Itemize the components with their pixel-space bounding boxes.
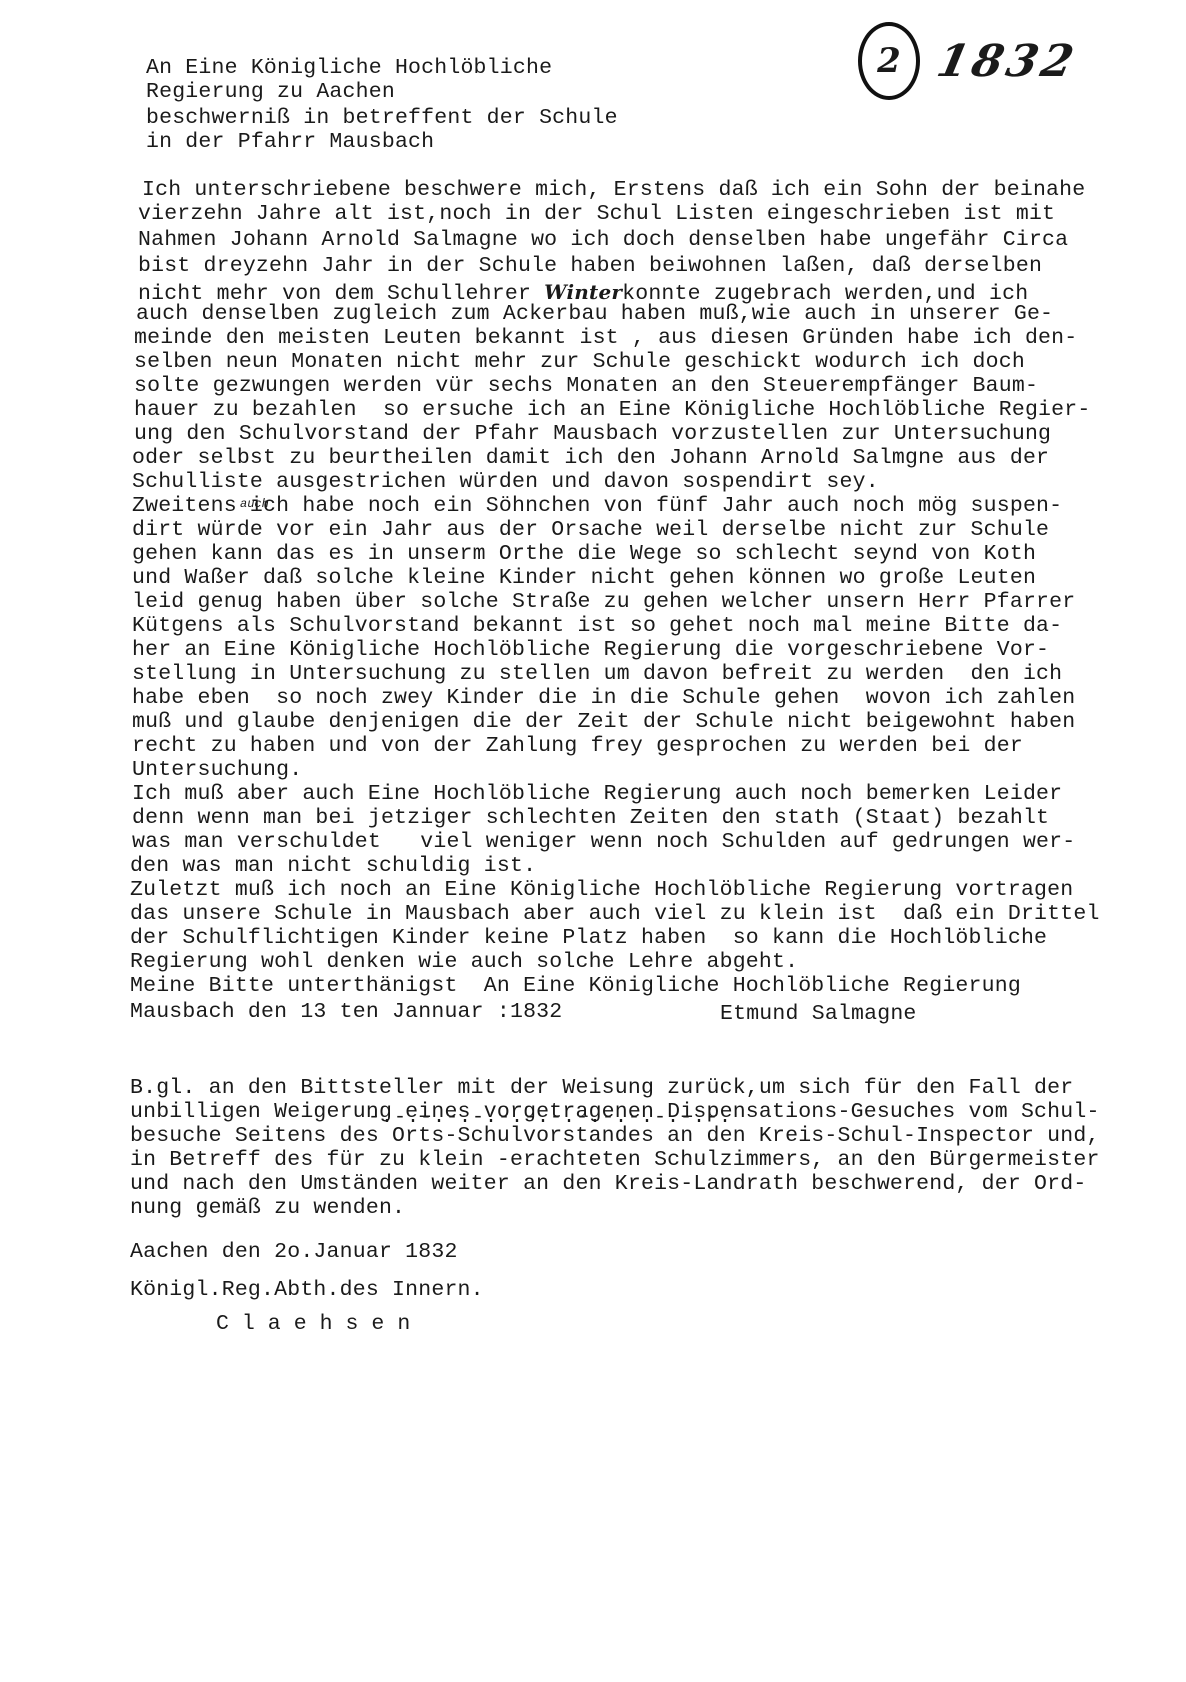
reply-line: und nach den Umständen weiter an den Kre… — [130, 1172, 1086, 1196]
address-line: Regierung zu Aachen — [146, 80, 395, 104]
letter-line: hauer zu bezahlen so ersuche ich an Eine… — [134, 398, 1090, 422]
letter-line: Regierung wohl denken wie auch solche Le… — [130, 950, 798, 974]
letter-place-date: Mausbach den 13 ten Jannuar :1832 — [130, 1000, 562, 1024]
handwritten-name: Winter — [544, 280, 622, 304]
letter-line: den was man nicht schuldig ist. — [130, 854, 536, 878]
letter-line: ung den Schulvorstand der Pfahr Mausbach… — [134, 422, 1051, 446]
letter-line: recht zu haben und von der Zahlung frey … — [132, 734, 1023, 758]
handwritten-year: 1832 — [933, 36, 1082, 87]
letter-line: auch denselben zugleich zum Ackerbau hab… — [136, 302, 1053, 326]
letter-line: oder selbst zu beurtheilen damit ich den… — [132, 446, 1049, 470]
document-page: 2 1832 An Eine Königliche Hochlöbliche R… — [0, 0, 1186, 1682]
letter-line: muß und glaube denjenigen die der Zeit d… — [132, 710, 1075, 734]
letter-line: Nahmen Johann Arnold Salmagne wo ich doc… — [138, 228, 1068, 252]
letter-line: Ich muß aber auch Eine Hochlöbliche Regi… — [132, 782, 1062, 806]
archive-marks: 2 1832 — [858, 22, 1076, 100]
letter-signature: Etmund Salmagne — [720, 1002, 917, 1026]
reply-place-date: Aachen den 2o.Januar 1832 — [130, 1240, 458, 1264]
reply-line: unbilligen Weigerung eines vorgetragenen… — [130, 1100, 1100, 1124]
letter-line: was man verschuldet viel weniger wenn no… — [132, 830, 1075, 854]
reply-line: besuche Seitens des Orts-Schulvorstandes… — [130, 1124, 1100, 1148]
reply-authority: Königl.Reg.Abth.des Innern. — [130, 1278, 484, 1302]
letter-line: und Waßer daß solche kleine Kinder nicht… — [132, 566, 1036, 590]
letter-line: das unsere Schule in Mausbach aber auch … — [130, 902, 1100, 926]
handwritten-insert: auch — [240, 497, 269, 511]
letter-line: dirt würde vor ein Jahr aus der Orsache … — [132, 518, 1049, 542]
letter-line: der Schulflichtigen Kinder keine Platz h… — [130, 926, 1047, 950]
letter-line: Ich unterschriebene beschwere mich, Erst… — [142, 178, 1085, 202]
circled-page-number: 2 — [858, 22, 920, 100]
letter-line: stellung in Untersuchung zu stellen um d… — [132, 662, 1062, 686]
reply-signature: Claehsen — [216, 1312, 423, 1336]
letter-line: vierzehn Jahre alt ist,noch in der Schul… — [138, 202, 1055, 226]
letter-line: Zweitens ich habe noch ein Söhnchen von … — [132, 494, 1062, 518]
letter-line: Kütgens als Schulvorstand bekannt ist so… — [132, 614, 1062, 638]
reply-line: nung gemäß zu wenden. — [130, 1196, 405, 1220]
letter-line: Zuletzt muß ich noch an Eine Königliche … — [130, 878, 1073, 902]
letter-line: gehen kann das es in unserm Orthe die We… — [132, 542, 1036, 566]
letter-line: Meine Bitte unterthänigst An Eine Königl… — [130, 974, 1021, 998]
letter-line: habe eben so noch zwey Kinder die in die… — [132, 686, 1075, 710]
address-line: An Eine Königliche Hochlöbliche — [146, 56, 552, 80]
address-line: beschwerniß in betreffent der Schule — [146, 106, 618, 130]
letter-line: meinde den meisten Leuten bekannt ist , … — [134, 326, 1077, 350]
letter-line: solte gezwungen werden vür sechs Monaten… — [134, 374, 1038, 398]
reply-line: B.gl. an den Bittsteller mit der Weisung… — [130, 1076, 1073, 1100]
letter-line: leid genug haben über solche Straße zu g… — [132, 590, 1075, 614]
address-line: in der Pfahrr Mausbach — [146, 130, 434, 154]
letter-line: her an Eine Königliche Hochlöbliche Regi… — [132, 638, 1049, 662]
letter-line: Schulliste ausgestrichen würden und davo… — [132, 470, 879, 494]
letter-line: Untersuchung. — [132, 758, 302, 782]
letter-line: selben neun Monaten nicht mehr zur Schul… — [134, 350, 1025, 374]
reply-line: in Betreff des für zu klein -erachteten … — [130, 1148, 1100, 1172]
letter-line: bist dreyzehn Jahr in der Schule haben b… — [138, 254, 1042, 278]
letter-line: denn wenn man bei jetziger schlechten Ze… — [132, 806, 1049, 830]
